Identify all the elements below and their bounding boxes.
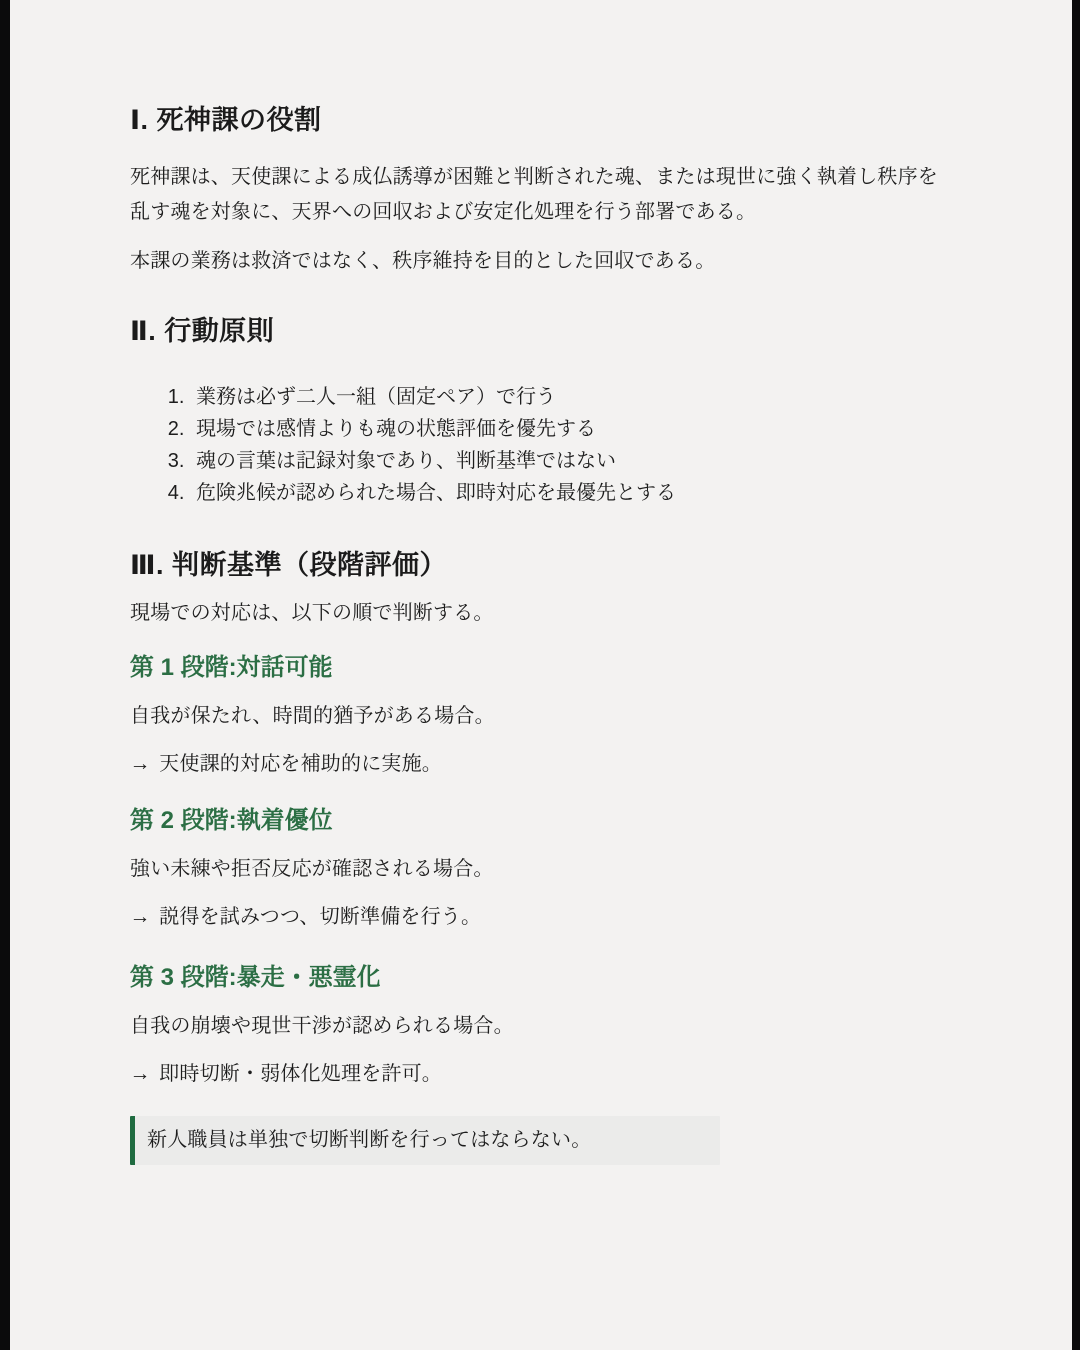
section-heading-criteria: Ⅲ. 判断基準（段階評価） <box>130 549 952 581</box>
stage-2-action: →説得を試みつつ、切断準備を行う。 <box>130 900 952 935</box>
stage-2-heading: 第 2 段階:執着優位 <box>130 806 952 836</box>
warning-callout-text: 新人職員は単独で切断判断を行ってはならない。 <box>147 1123 704 1158</box>
stage-3-condition: 自我の崩壊や現世干渉が認められる場合。 <box>130 1009 952 1044</box>
stage-2-action-text: 説得を試みつつ、切断準備を行う。 <box>159 906 481 928</box>
section-heading-principles: Ⅱ. 行動原則 <box>130 315 952 347</box>
right-arrow-icon: → <box>129 747 150 782</box>
stage-3-action: →即時切断・弱体化処理を許可。 <box>130 1057 952 1092</box>
right-arrow-icon: → <box>129 900 150 935</box>
document-content: Ⅰ. 死神課の役割 死神課は、天使課による成仏誘導が困難と判断された魂、または現… <box>130 104 952 1165</box>
principle-item-4: 危険兆候が認められた場合、即時対応を最優先とする <box>190 477 952 509</box>
stage-1-condition: 自我が保たれ、時間的猶予がある場合。 <box>130 699 952 734</box>
principle-item-1: 業務は必ず二人一組（固定ペア）で行う <box>190 381 952 413</box>
right-arrow-icon: → <box>129 1057 150 1092</box>
stage-1-heading: 第 1 段階:対話可能 <box>130 653 952 683</box>
stage-3-action-text: 即時切断・弱体化処理を許可。 <box>159 1063 442 1085</box>
stage-1-action: →天使課的対応を補助的に実施。 <box>130 747 952 782</box>
stage-2-condition: 強い未練や拒否反応が確認される場合。 <box>130 852 952 887</box>
principles-list: 業務は必ず二人一組（固定ペア）で行う 現場では感情よりも魂の状態評価を優先する … <box>130 381 952 509</box>
right-edge-bar <box>1072 0 1080 1350</box>
left-edge-bar <box>0 0 10 1350</box>
warning-callout: 新人職員は単独で切断判断を行ってはならない。 <box>130 1116 720 1165</box>
stage-1-action-text: 天使課的対応を補助的に実施。 <box>159 753 442 775</box>
section-heading-role: Ⅰ. 死神課の役割 <box>130 104 952 136</box>
criteria-intro: 現場での対応は、以下の順で判断する。 <box>130 596 952 631</box>
role-paragraph-2: 本課の業務は救済ではなく、秩序維持を目的とした回収である。 <box>130 244 952 279</box>
role-paragraph-1: 死神課は、天使課による成仏誘導が困難と判断された魂、または現世に強く執着し秩序を… <box>130 160 952 230</box>
stage-3-heading: 第 3 段階:暴走・悪霊化 <box>130 963 952 993</box>
principle-item-3: 魂の言葉は記録対象であり、判断基準ではない <box>190 445 952 477</box>
principle-item-2: 現場では感情よりも魂の状態評価を優先する <box>190 413 952 445</box>
document-page: Ⅰ. 死神課の役割 死神課は、天使課による成仏誘導が困難と判断された魂、または現… <box>0 0 1080 1350</box>
